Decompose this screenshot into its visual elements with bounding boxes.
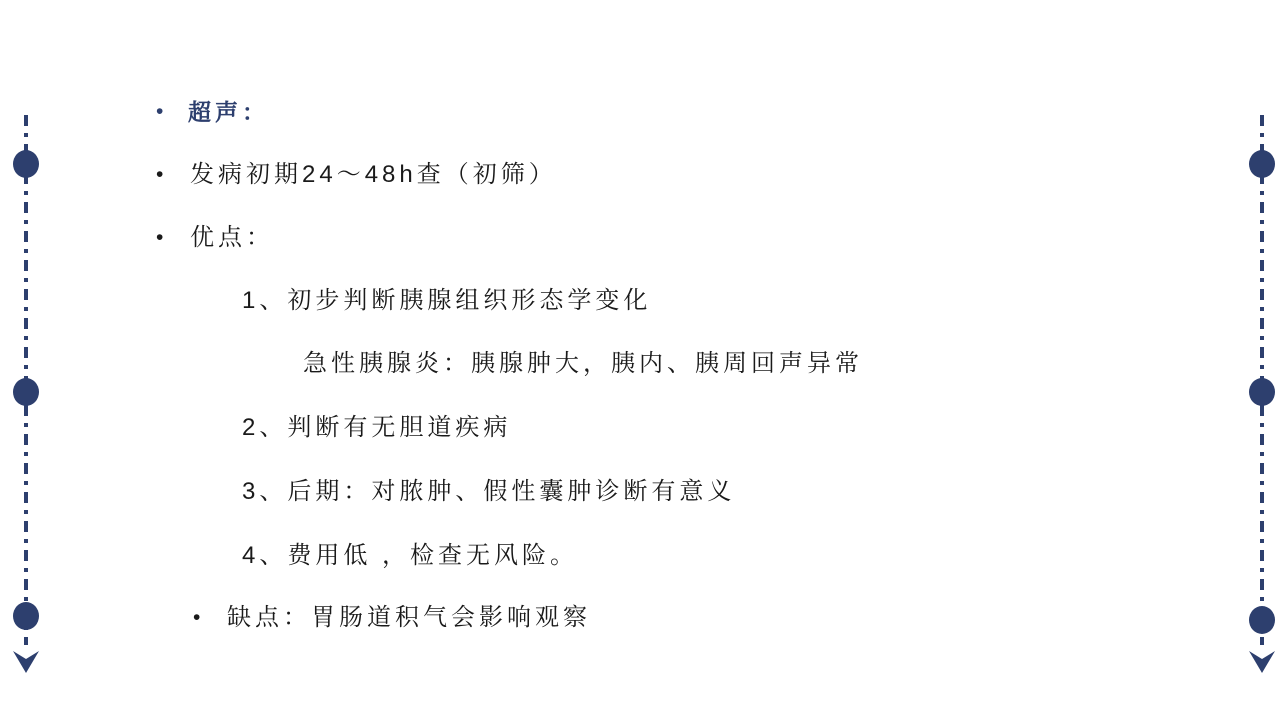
numbered-line: 3、后期：对脓肿、假性囊肿诊断有意义 xyxy=(0,474,1280,510)
numbered-line-text: 2、判断有无胆道疾病 xyxy=(242,410,511,446)
sub-bullet-line: • 缺点：胃肠道积气会影响观察 xyxy=(0,600,1280,636)
bullet-line: • 优点： xyxy=(0,220,1280,256)
bullet-line: • 发病初期24～48h查（初筛） xyxy=(0,157,1280,193)
numbered-line-text: 1、初步判断胰腺组织形态学变化 xyxy=(242,283,651,319)
numbered-line: 4、费用低 ，检查无风险。 xyxy=(0,538,1280,574)
bullet-icon: • xyxy=(156,157,163,193)
numbered-line: 2、判断有无胆道疾病 xyxy=(0,410,1280,446)
title-line: • 超声： xyxy=(0,94,1280,130)
numbered-line-text: 4、费用低 ，检查无风险。 xyxy=(242,538,578,574)
sub-bullet-line-text: 缺点：胃肠道积气会影响观察 xyxy=(227,600,591,636)
bullet-line-text: 发病初期24～48h查（初筛） xyxy=(190,157,557,193)
bullet-line-text: 优点： xyxy=(190,220,274,256)
slide-title: 超声： xyxy=(188,94,269,130)
indent-line-text: 急性胰腺炎：胰腺肿大，胰内、胰周回声异常 xyxy=(303,346,863,382)
bullet-icon: • xyxy=(193,600,200,636)
bullet-icon: • xyxy=(156,220,163,256)
indent-line: 急性胰腺炎：胰腺肿大，胰内、胰周回声异常 xyxy=(0,346,1280,382)
bullet-icon: • xyxy=(156,94,163,130)
numbered-line: 1、初步判断胰腺组织形态学变化 xyxy=(0,283,1280,319)
numbered-line-text: 3、后期：对脓肿、假性囊肿诊断有意义 xyxy=(242,474,735,510)
slide: • 超声： • 发病初期24～48h查（初筛） • 优点： 1、初步判断胰腺组织… xyxy=(0,0,1280,720)
